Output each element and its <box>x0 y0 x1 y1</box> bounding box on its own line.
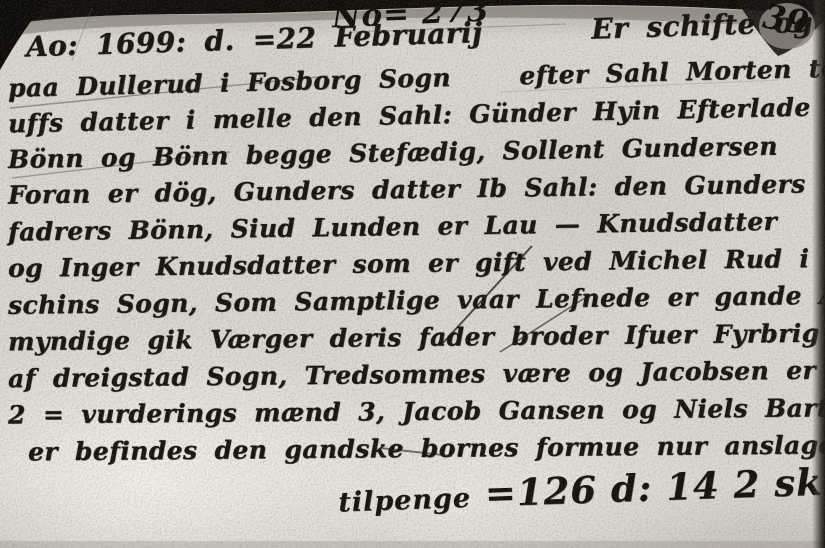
page-edge-shadow-strip <box>812 0 825 548</box>
page-number: 39 <box>760 0 811 42</box>
bottom-edge-shade <box>0 541 825 548</box>
manuscript-page: No= 273 39 Ao: 1699: d. =22 Februarij Er… <box>0 0 825 548</box>
sum-label: tilpenge <box>338 483 472 519</box>
manuscript-lines: Ao: 1699: d. =22 Februarij Er schifte og… <box>8 18 811 469</box>
